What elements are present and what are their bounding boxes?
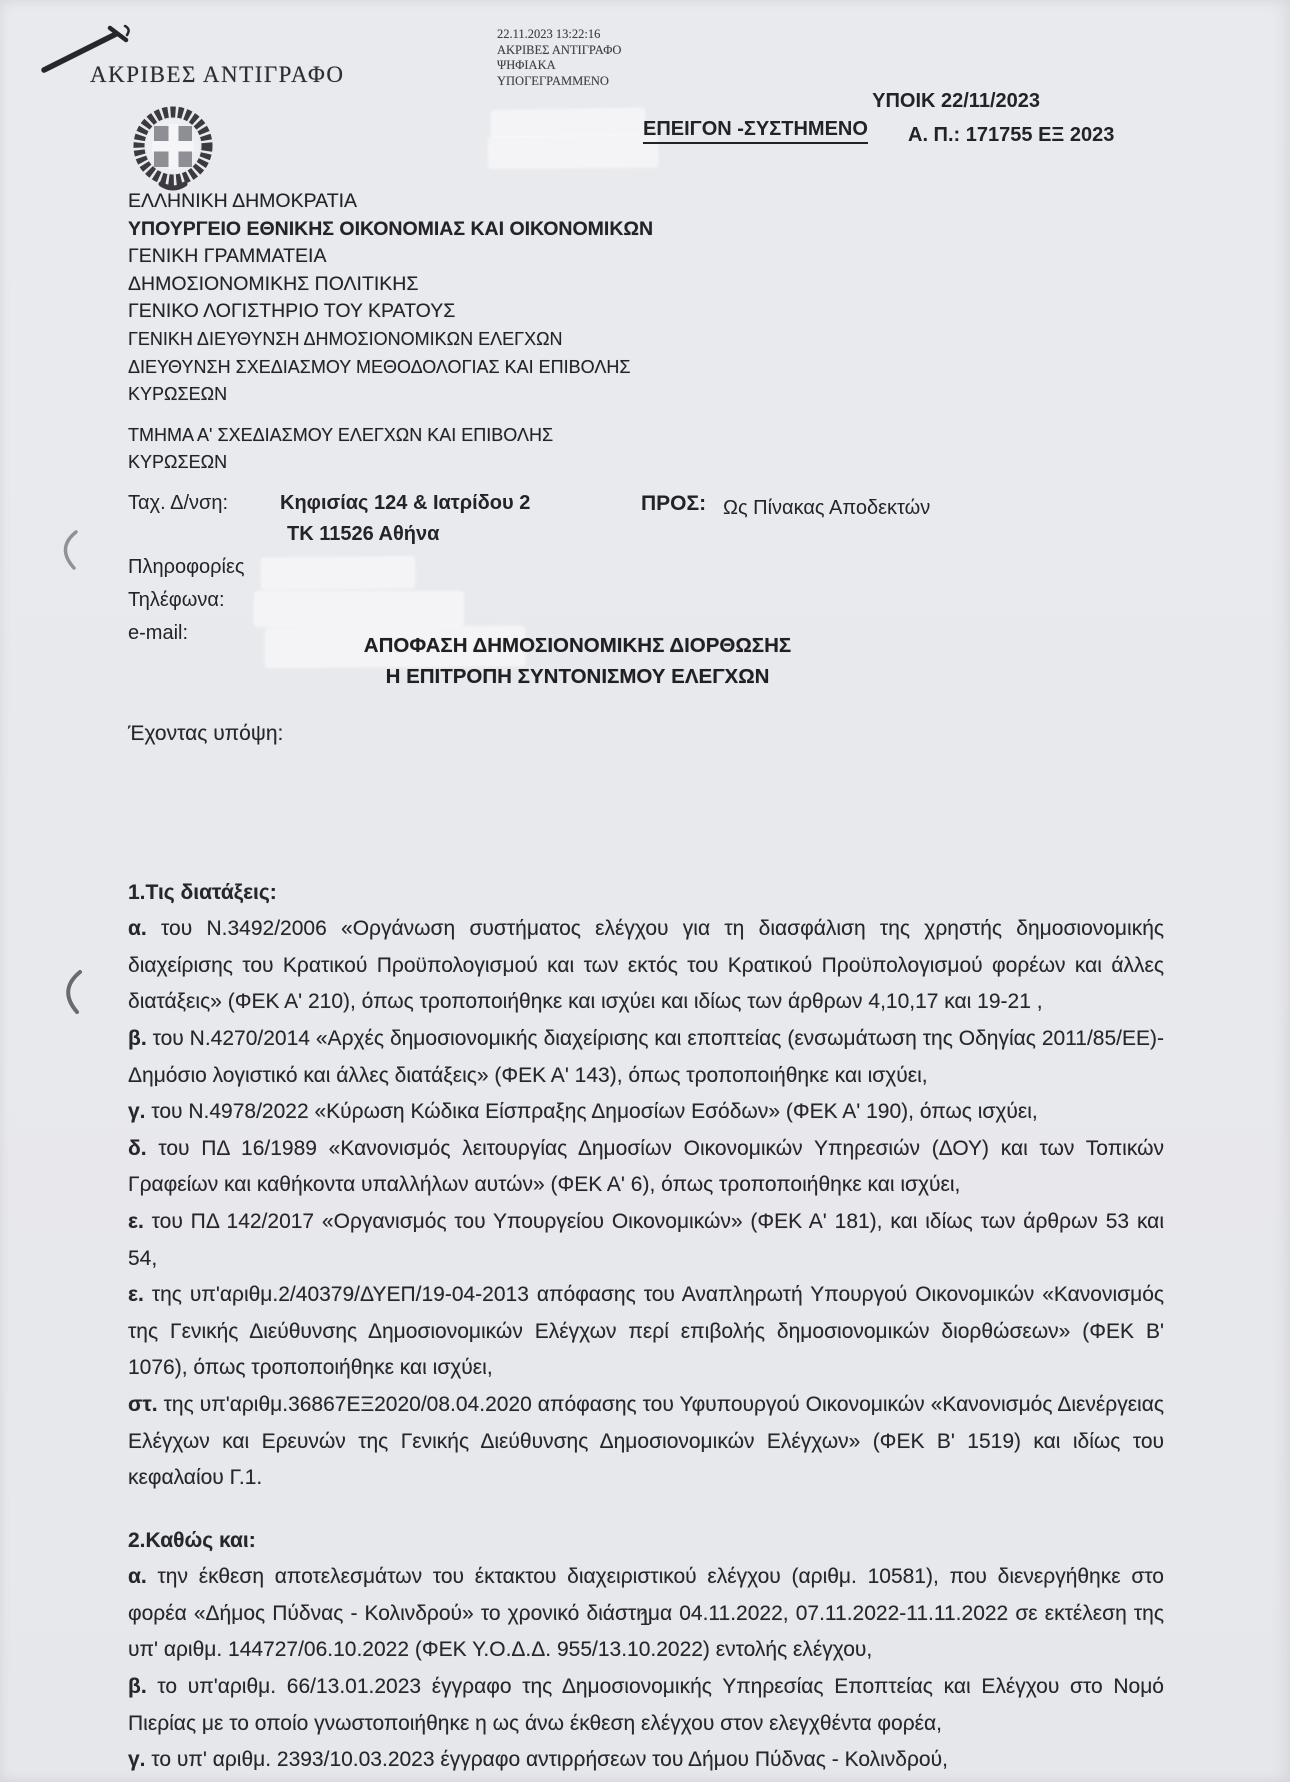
redaction-patch-phone <box>255 592 463 626</box>
item-text: του Ν.4270/2014 «Αρχές δημοσιονομικής δι… <box>128 1027 1164 1087</box>
scan-artifact <box>52 968 88 1016</box>
section1-heading: 1.Τις διατάξεις: <box>128 875 1164 912</box>
item-text: το υπ' αριθμ. 2393/10.03.2023 έγγραφο αν… <box>151 1748 948 1771</box>
decision-title-line1: ΑΠΟΦΑΣΗ ΔΗΜΟΣΙΟΝΟΜΙΚΗΣ ΔΙΟΡΘΩΣΗΣ <box>305 630 850 661</box>
preamble: Έχοντας υπόψη: <box>128 716 1164 753</box>
item-label: ε. <box>128 1283 144 1306</box>
reference-item: γ. το υπ' αριθμ. 2393/10.03.2023 έγγραφο… <box>128 1742 1164 1779</box>
email-label: e-mail: <box>128 622 188 645</box>
signature-line: ΑΚΡΙΒΕΣ ΑΝΤΙΓΡΑΦΟ <box>497 43 621 59</box>
redaction-patch-info <box>262 557 414 589</box>
legal-item: γ. του Ν.4978/2022 «Κύρωση Κώδικα Είσπρα… <box>128 1094 1164 1131</box>
reference-item: β. το υπ'αριθμ. 66/13.01.2023 έγγραφο τη… <box>128 1669 1164 1742</box>
letterhead-line: ΓΕΝΙΚΗ ΓΡΑΜΜΑΤΕΙΑ <box>128 243 688 271</box>
ministry-date-stamp: ΥΠΟΙΚ 22/11/2023 <box>872 90 1040 113</box>
item-text: της υπ'αριθμ.2/40379/ΔΥΕΠ/19-04-2013 από… <box>128 1283 1164 1379</box>
legal-item: ε. του ΠΔ 142/2017 «Οργανισμός του Υπουρ… <box>128 1204 1164 1277</box>
urgency-label: ΕΠΕΙΓΟΝ -ΣΥΣΤΗΜΕΝΟ <box>643 118 868 144</box>
item-text: της υπ'αριθμ.36867ΕΞ2020/08.04.2020 απόφ… <box>128 1393 1164 1489</box>
address-value: ΤΚ 11526 Αθήνα <box>287 523 439 546</box>
letterhead-line: ΔΗΜΟΣΙΟΝΟΜΙΚΗΣ ΠΟΛΙΤΙΚΗΣ <box>128 271 688 299</box>
letterhead-line: ΔΙΕΥΘΥΝΣΗ ΣΧΕΔΙΑΣΜΟΥ ΜΕΘΟΔΟΛΟΓΙΑΣ ΚΑΙ ΕΠ… <box>128 354 688 382</box>
scanned-document-page: ΑΚΡΙΒΕΣ ΑΝΤΙΓΡΑΦΟ 22.11.2023 13:22:16 ΑΚ… <box>0 0 1290 1782</box>
address-label: Ταχ. Δ/νση: <box>128 492 228 515</box>
decision-title-line2: Η ΕΠΙΤΡΟΠΗ ΣΥΝΤΟΝΙΣΜΟΥ ΕΛΕΓΧΩΝ <box>305 661 850 692</box>
item-label: β. <box>128 1027 147 1050</box>
letterhead-line: ΚΥΡΩΣΕΩΝ <box>128 449 688 477</box>
signature-line: ΨΗΦΙΑΚΑ <box>497 58 621 74</box>
greek-republic-emblem-icon <box>125 100 221 200</box>
legal-item: δ. του ΠΔ 16/1989 «Κανονισμός λειτουργία… <box>128 1131 1164 1204</box>
item-text: του ΠΔ 142/2017 «Οργανισμός του Υπουργεί… <box>128 1210 1164 1270</box>
legal-item: στ. της υπ'αριθμ.36867ΕΞ2020/08.04.2020 … <box>128 1387 1164 1497</box>
letterhead-ministry-name: ΥΠΟΥΡΓΕΙΟ ΕΘΝΙΚΗΣ ΟΙΚΟΝΟΜΙΑΣ ΚΑΙ ΟΙΚΟΝΟΜ… <box>128 216 688 244</box>
recipient-value: Ως Πίνακας Αποδεκτών <box>723 497 930 520</box>
item-text: το υπ'αριθμ. 66/13.01.2023 έγγραφο της Δ… <box>128 1675 1164 1735</box>
item-label: β. <box>128 1675 147 1698</box>
redaction-patch <box>492 109 644 138</box>
item-label: γ. <box>128 1748 146 1771</box>
item-label: δ. <box>128 1137 147 1160</box>
letterhead-line: ΤΜΗΜΑ Α' ΣΧΕΔΙΑΣΜΟΥ ΕΛΕΓΧΩΝ ΚΑΙ ΕΠΙΒΟΛΗΣ <box>128 422 688 450</box>
signature-line: ΥΠΟΓΕΓΡΑΜΜΕΝΟ <box>497 74 621 90</box>
legal-item: β. του Ν.4270/2014 «Αρχές δημοσιονομικής… <box>128 1021 1164 1094</box>
info-label: Πληροφορίες <box>128 556 245 579</box>
letterhead-line: ΚΥΡΩΣΕΩΝ <box>128 381 688 409</box>
address-value: Κηφισίας 124 & Ιατρίδου 2 <box>280 492 530 515</box>
letterhead-line: ΓΕΝΙΚΟ ΛΟΓΙΣΤΗΡΙΟ ΤΟΥ ΚΡΑΤΟΥΣ <box>128 298 688 326</box>
legal-item: α. του Ν.3492/2006 «Οργάνωση συστήματος … <box>128 911 1164 1021</box>
letterhead-line: ΕΛΛΗΝΙΚΗ ΔΗΜΟΚΡΑΤΙΑ <box>128 188 688 216</box>
letterhead-line: ΓΕΝΙΚΗ ΔΙΕΥΘΥΝΣΗ ΔΗΜΟΣΙΟΝΟΜΙΚΩΝ ΕΛΕΓΧΩΝ <box>128 326 688 354</box>
digital-signature-block: 22.11.2023 13:22:16 ΑΚΡΙΒΕΣ ΑΝΤΙΓΡΑΦΟ ΨΗ… <box>497 27 621 89</box>
page-number: 1 <box>0 1608 1290 1631</box>
section2-heading: 2.Καθώς και: <box>128 1523 1164 1560</box>
item-label: ε. <box>128 1210 144 1233</box>
item-text: του ΠΔ 16/1989 «Κανονισμός λειτουργίας Δ… <box>128 1137 1164 1197</box>
item-label: γ. <box>128 1100 146 1123</box>
item-text: του Ν.3492/2006 «Οργάνωση συστήματος ελέ… <box>128 917 1164 1013</box>
item-text: του Ν.4978/2022 «Κύρωση Κώδικα Είσπραξης… <box>151 1100 1037 1123</box>
legal-item: ε. της υπ'αριθμ.2/40379/ΔΥΕΠ/19-04-2013 … <box>128 1277 1164 1387</box>
redaction-patch <box>489 136 657 167</box>
decision-title: ΑΠΟΦΑΣΗ ΔΗΜΟΣΙΟΝΟΜΙΚΗΣ ΔΙΟΡΘΩΣΗΣ Η ΕΠΙΤΡ… <box>305 630 850 692</box>
recipient-label: ΠΡΟΣ: <box>641 492 706 516</box>
item-label: α. <box>128 1565 147 1588</box>
signature-timestamp: 22.11.2023 13:22:16 <box>497 27 621 43</box>
item-label: α. <box>128 917 147 940</box>
letterhead: ΕΛΛΗΝΙΚΗ ΔΗΜΟΚΡΑΤΙΑ ΥΠΟΥΡΓΕΙΟ ΕΘΝΙΚΗΣ ΟΙ… <box>128 188 688 477</box>
phone-label: Τηλέφωνα: <box>128 589 225 612</box>
protocol-number: Α. Π.: 171755 ΕΞ 2023 <box>908 124 1114 147</box>
scan-artifact <box>50 528 84 572</box>
certified-copy-stamp: ΑΚΡΙΒΕΣ ΑΝΤΙΓΡΑΦΟ <box>90 62 344 88</box>
item-label: στ. <box>128 1393 158 1416</box>
